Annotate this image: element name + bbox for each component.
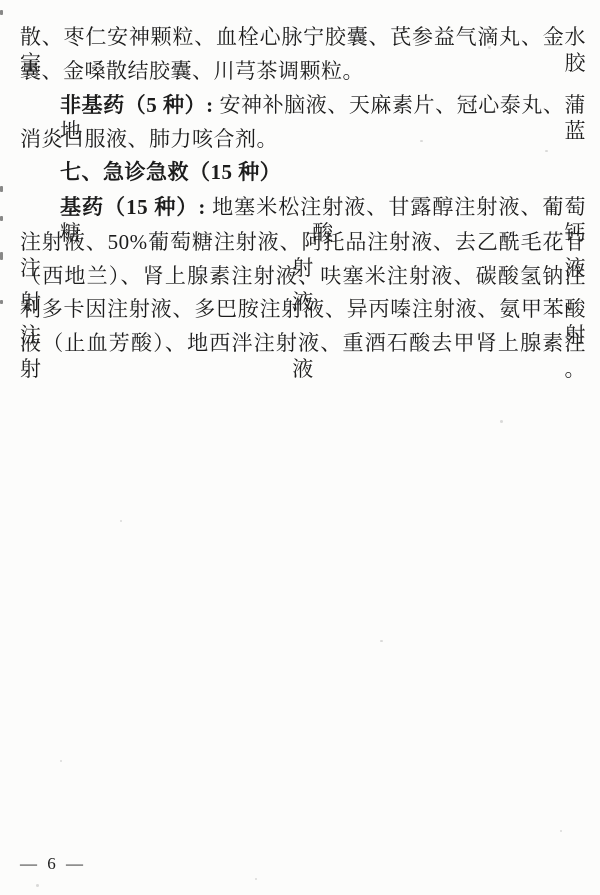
scan-speck xyxy=(488,46,491,49)
scan-speck xyxy=(500,420,503,423)
scan-speck xyxy=(255,878,257,880)
scan-speck xyxy=(545,150,548,152)
bold-segment: 非基药（5 种）: xyxy=(60,93,220,117)
line-text: 囊、金嗓散结胶囊、川芎茶调颗粒。 xyxy=(20,59,364,83)
scan-speck xyxy=(560,830,562,832)
bold-segment: 七、急诊急救（15 种） xyxy=(60,160,281,184)
line-text: 消炎口服液、肺力咳合剂。 xyxy=(20,127,278,151)
page-number: — 6 — xyxy=(20,854,86,874)
scan-speck xyxy=(420,140,423,142)
line-text: 液（止血芳酸）、地西泮注射液、重酒石酸去甲肾上腺素注射液。 xyxy=(20,331,586,381)
scan-speck xyxy=(60,760,62,762)
scan-edge-artifact xyxy=(0,252,3,260)
section-heading: 七、急诊急救（15 种） xyxy=(60,159,586,185)
text-line: 消炎口服液、肺力咳合剂。 xyxy=(20,126,586,152)
scan-speck xyxy=(120,520,122,522)
text-line: 液（止血芳酸）、地西泮注射液、重酒石酸去甲肾上腺素注射液。 xyxy=(20,330,586,382)
text-line: 囊、金嗓散结胶囊、川芎茶调颗粒。 xyxy=(20,58,586,84)
bold-segment: 基药（15 种）: xyxy=(60,195,212,219)
scan-edge-artifact xyxy=(0,216,3,221)
scan-edge-artifact xyxy=(0,300,3,304)
scan-edge-artifact xyxy=(0,186,3,192)
scanned-document-page: 散、枣仁安神颗粒、血栓心脉宁胶囊、芪参益气滴丸、金水宝胶 囊、金嗓散结胶囊、川芎… xyxy=(0,0,600,895)
scan-speck xyxy=(380,640,383,642)
scan-edge-artifact xyxy=(0,10,3,15)
scan-speck xyxy=(36,884,39,887)
